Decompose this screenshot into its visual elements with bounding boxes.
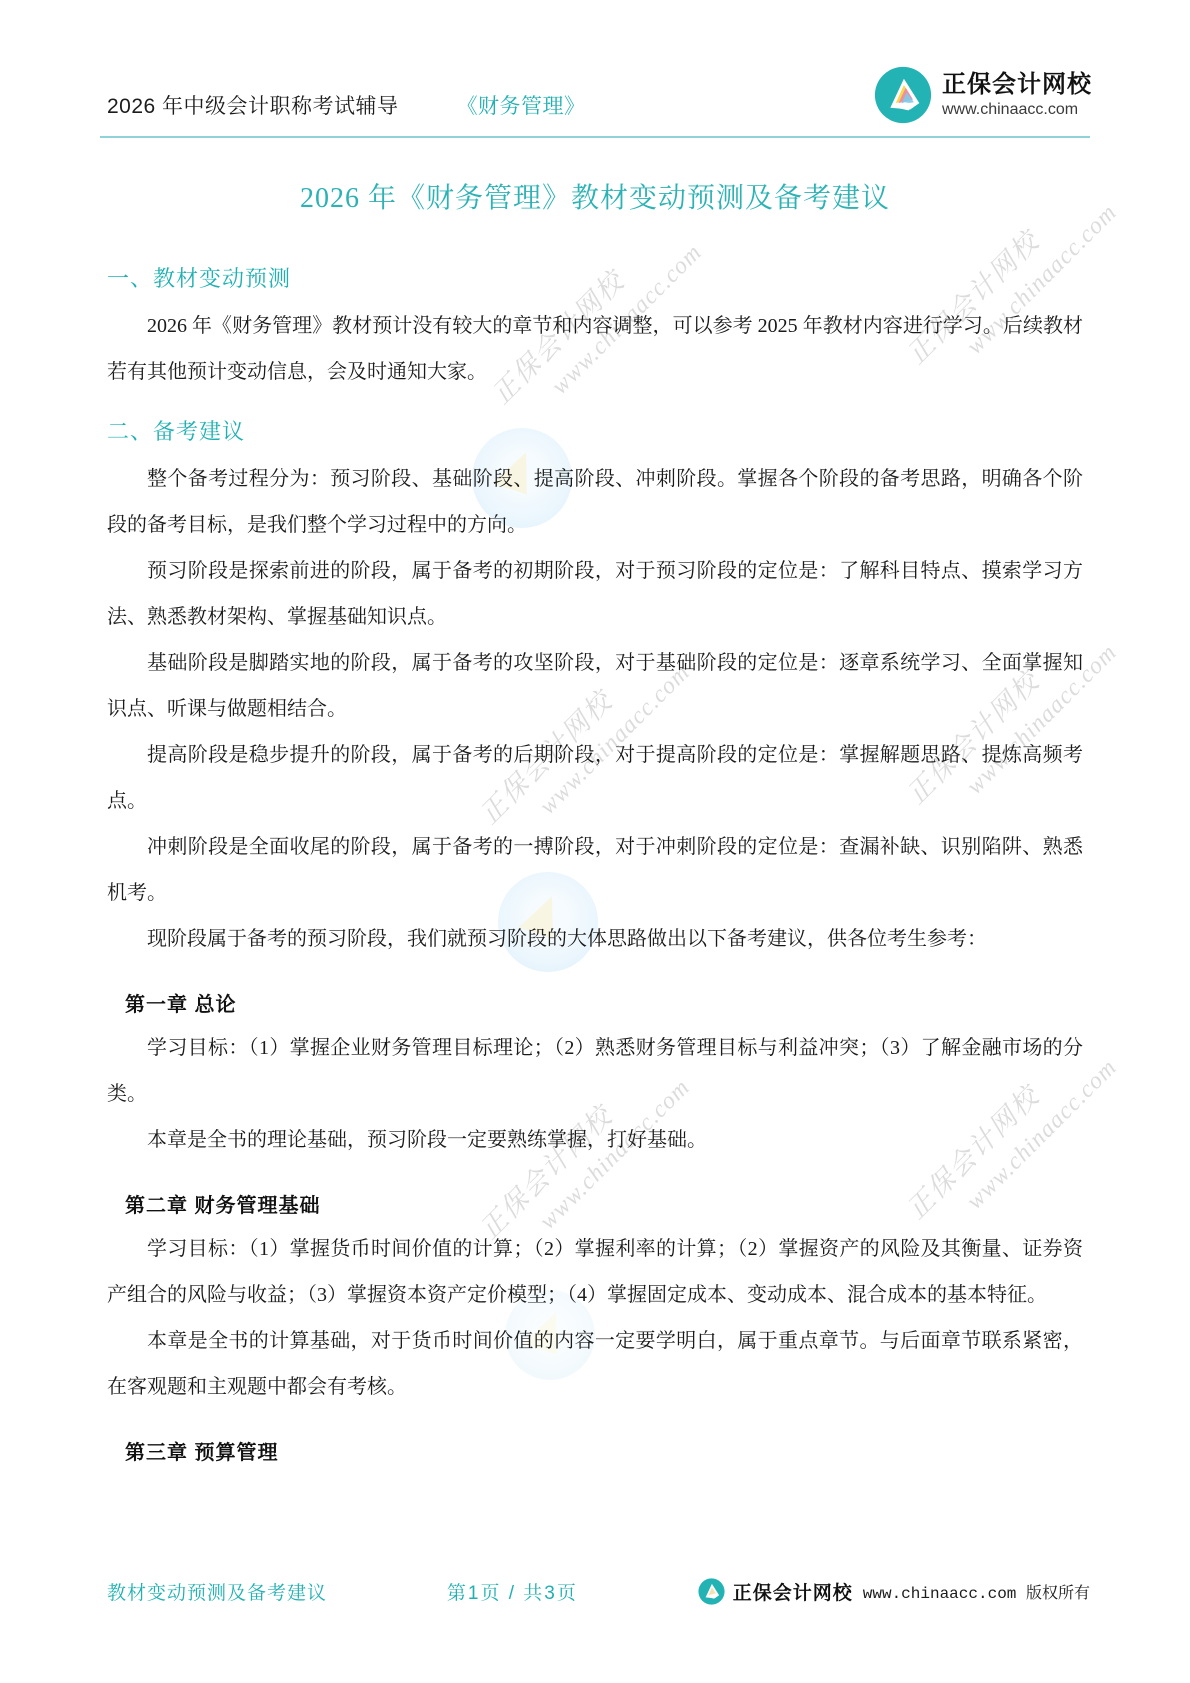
brand-block: 正保会计网校 www.chinaacc.com <box>874 66 1092 124</box>
brand-logo-icon <box>874 66 932 124</box>
header-divider <box>100 136 1090 138</box>
paragraph: 冲刺阶段是全面收尾的阶段，属于备考的一搏阶段，对于冲刺阶段的定位是：查漏补缺、识… <box>107 824 1083 916</box>
paragraph: 学习目标：（1）掌握货币时间价值的计算；（2）掌握利率的计算；（2）掌握资产的风… <box>107 1226 1083 1318</box>
page-footer: 教材变动预测及备考建议 第1页 / 共3页 正保会计网校 www.chinaac… <box>107 1578 1090 1605</box>
paragraph: 提高阶段是稳步提升的阶段，属于备考的后期阶段，对于提高阶段的定位是：掌握解题思路… <box>107 732 1083 824</box>
footer-doc-label: 教材变动预测及备考建议 <box>107 1578 327 1605</box>
brand-url: www.chinaacc.com <box>942 101 1092 119</box>
course-title: 2026 年中级会计职称考试辅导 <box>107 90 399 120</box>
brand-name: 正保会计网校 <box>942 71 1092 99</box>
paragraph: 现阶段属于备考的预习阶段，我们就预习阶段的大体思路做出以下备考建议，供各位考生参… <box>107 916 1083 962</box>
footer-page-indicator: 第1页 / 共3页 <box>447 1578 578 1605</box>
section-heading-2: 二、备考建议 <box>107 415 1083 446</box>
subject-title: 《财务管理》 <box>457 90 586 120</box>
page-header: 2026 年中级会计职称考试辅导 《财务管理》 正保会计网校 www.china… <box>107 66 1092 124</box>
document-page: 正保会计网校 www.chinaacc.com 正保会计网校 www.china… <box>0 0 1190 1683</box>
footer-copyright: www.chinaacc.com 版权所有 <box>863 1580 1090 1603</box>
chapter-heading-2: 第二章 财务管理基础 <box>107 1189 1083 1218</box>
footer-brand-logo-icon <box>698 1578 725 1605</box>
page-title: 2026 年《财务管理》教材变动预测及备考建议 <box>107 176 1083 216</box>
brand-text: 正保会计网校 www.chinaacc.com <box>942 71 1092 120</box>
document-body: 2026 年《财务管理》教材变动预测及备考建议 一、教材变动预测 2026 年《… <box>107 150 1083 1473</box>
footer-brand-block: 正保会计网校 www.chinaacc.com 版权所有 <box>698 1578 1090 1605</box>
paragraph: 整个备考过程分为：预习阶段、基础阶段、提高阶段、冲刺阶段。掌握各个阶段的备考思路… <box>107 456 1083 548</box>
paragraph: 学习目标：（1）掌握企业财务管理目标理论；（2）熟悉财务管理目标与利益冲突；（3… <box>107 1025 1083 1117</box>
chapter-heading-3: 第三章 预算管理 <box>107 1436 1083 1465</box>
paragraph: 2026 年《财务管理》教材预计没有较大的章节和内容调整，可以参考 2025 年… <box>107 303 1083 395</box>
section-heading-1: 一、教材变动预测 <box>107 262 1083 293</box>
paragraph: 基础阶段是脚踏实地的阶段，属于备考的攻坚阶段，对于基础阶段的定位是：逐章系统学习… <box>107 640 1083 732</box>
paragraph: 预习阶段是探索前进的阶段，属于备考的初期阶段，对于预习阶段的定位是：了解科目特点… <box>107 548 1083 640</box>
paragraph: 本章是全书的计算基础，对于货币时间价值的内容一定要学明白，属于重点章节。与后面章… <box>107 1318 1083 1410</box>
paragraph: 本章是全书的理论基础，预习阶段一定要熟练掌握，打好基础。 <box>107 1117 1083 1163</box>
footer-brand-name: 正保会计网校 <box>733 1578 853 1605</box>
chapter-heading-1: 第一章 总论 <box>107 988 1083 1017</box>
